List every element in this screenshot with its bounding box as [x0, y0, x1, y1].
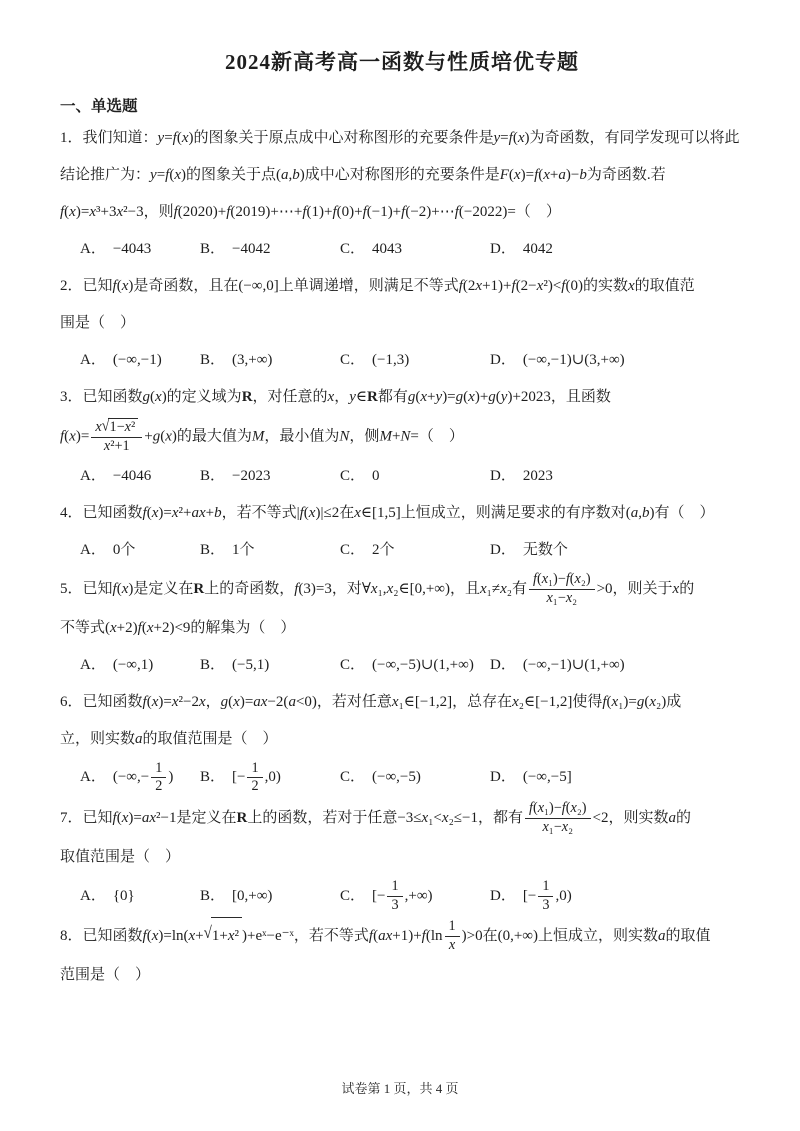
question-line: 取值范围是（ ）: [60, 839, 744, 876]
option-label: B．: [200, 352, 225, 368]
option-text: (−∞,−1)∪(1,+∞): [523, 657, 625, 673]
option-a: A．−4046: [80, 458, 200, 495]
fraction: 12: [247, 760, 262, 797]
option-label: B．: [200, 888, 225, 904]
question-line: 7．已知f(x)=ax²−1是定义在R上的函数，若对于任意−3≤x₁<x₂≤−1…: [60, 798, 744, 839]
question-list: 1．我们知道：y=f(x)的图象关于原点成中心对称图形的充要条件是y=f(x)为…: [60, 120, 744, 994]
option-b: B．−2023: [200, 458, 340, 495]
fraction-numerator: 1: [247, 760, 262, 779]
option-label: C．: [340, 657, 365, 673]
option-text: −4043: [113, 241, 151, 257]
option-b: B．(3,+∞): [200, 342, 340, 379]
option-text: {0}: [113, 888, 135, 904]
question: 4．已知函数f(x)=x²+ax+b，若不等式|f(x)|≤2在x∈[1,5]上…: [60, 495, 744, 569]
option-label: B．: [200, 769, 225, 785]
question-line: 8．已知函数f(x)=ln(x+√1+x²)+eˣ−e⁻ˣ，若不等式f(ax+1…: [60, 916, 744, 957]
exam-page: 2024新高考高一函数与性质培优专题 一、单选题 1．我们知道：y=f(x)的图…: [0, 0, 800, 994]
fraction: f(x₁)−f(x₂)x₁−x₂: [529, 571, 595, 608]
option-c: C．(−∞,−5)∪(1,+∞): [340, 647, 490, 684]
fraction-numerator: f(x₁)−f(x₂): [529, 571, 595, 590]
option-a: A．−4043: [80, 231, 200, 268]
question: 1．我们知道：y=f(x)的图象关于原点成中心对称图形的充要条件是y=f(x)为…: [60, 120, 744, 268]
question: 3．已知函数g(x)的定义域为R，对任意的x，y∈R都有g(x+y)=g(x)+…: [60, 379, 744, 495]
option-text: (−∞,−5]: [523, 769, 572, 785]
question-line: 2．已知f(x)是奇函数，且在(−∞,0]上单调递增，则满足不等式f(2x+1)…: [60, 268, 744, 305]
option-text: [−12,0): [232, 769, 281, 785]
option-text: (−∞,−5): [372, 769, 421, 785]
option-text: −4042: [232, 241, 270, 257]
option-c: C．(−∞,−5): [340, 759, 490, 796]
radical: √1−x²: [102, 418, 139, 437]
option-text: [−13,+∞): [372, 888, 433, 904]
options-row: A．(−∞,−1)B．(3,+∞)C．(−1,3)D．(−∞,−1)∪(3,+∞…: [60, 342, 744, 379]
question-line: 1．我们知道：y=f(x)的图象关于原点成中心对称图形的充要条件是y=f(x)为…: [60, 120, 744, 157]
option-text: [−13,0): [523, 888, 572, 904]
option-b: B．1个: [200, 532, 340, 569]
option-text: 0: [372, 468, 380, 484]
page-footer: 试卷第 1 页，共 4 页: [0, 1078, 800, 1097]
option-a: A．(−∞,−1): [80, 342, 200, 379]
option-text: (−∞,−12): [113, 769, 173, 785]
option-d: D．(−∞,−1)∪(3,+∞): [490, 342, 625, 379]
option-label: A．: [80, 542, 106, 558]
option-a: A．(−∞,−12): [80, 758, 200, 799]
option-text: (−5,1): [232, 657, 269, 673]
option-label: A．: [80, 888, 106, 904]
question-line: 范围是（ ）: [60, 957, 744, 994]
fraction-numerator: 1: [538, 878, 553, 897]
option-d: D．2023: [490, 458, 553, 495]
option-c: C．(−1,3): [340, 342, 490, 379]
fraction: f(x₁)−f(x₂)x₁−x₂: [525, 800, 591, 837]
question: 5．已知f(x)是定义在R上的奇函数，f(3)=3，对∀x₁,x₂∈[0,+∞)…: [60, 569, 744, 684]
radical-sign-icon: √: [102, 417, 110, 437]
fraction-denominator: x₁−x₂: [529, 590, 595, 608]
option-b: B．−4042: [200, 231, 340, 268]
radicand: 1+x²: [211, 917, 242, 955]
option-label: C．: [340, 888, 365, 904]
page-title: 2024新高考高一函数与性质培优专题: [60, 46, 744, 76]
option-text: (3,+∞): [232, 352, 272, 368]
option-text: 无数个: [523, 542, 568, 558]
option-label: B．: [200, 657, 225, 673]
fraction: 12: [151, 760, 166, 797]
option-d: D．(−∞,−1)∪(1,+∞): [490, 647, 625, 684]
question-line: f(x)=x√1−x²x²+1+g(x)的最大值为M，最小值为N，侧M+N=（ …: [60, 416, 744, 458]
section-header: 一、单选题: [60, 94, 744, 116]
option-label: B．: [200, 468, 225, 484]
option-text: (−∞,−5)∪(1,+∞): [372, 657, 474, 673]
option-d: D．4042: [490, 231, 553, 268]
fraction-denominator: 3: [538, 897, 553, 915]
options-row: A．−4046B．−2023C．0D．2023: [60, 458, 744, 495]
option-label: C．: [340, 241, 365, 257]
options-row: A．{0}B．[0,+∞)C．[−13,+∞)D．[−13,0): [60, 876, 744, 917]
option-c: C．4043: [340, 231, 490, 268]
question: 8．已知函数f(x)=ln(x+√1+x²)+eˣ−e⁻ˣ，若不等式f(ax+1…: [60, 916, 744, 994]
option-label: A．: [80, 352, 106, 368]
option-text: 2023: [523, 468, 553, 484]
fraction-numerator: x√1−x²: [91, 418, 142, 438]
option-text: −2023: [232, 468, 270, 484]
question-line: 3．已知函数g(x)的定义域为R，对任意的x，y∈R都有g(x+y)=g(x)+…: [60, 379, 744, 416]
option-a: A．(−∞,1): [80, 647, 200, 684]
option-a: A．{0}: [80, 878, 200, 915]
fraction: 13: [538, 878, 553, 915]
option-d: D．[−13,0): [490, 876, 572, 917]
option-text: [0,+∞): [232, 888, 272, 904]
option-label: C．: [340, 769, 365, 785]
option-text: −4046: [113, 468, 151, 484]
fraction-denominator: 2: [247, 778, 262, 796]
option-text: (−∞,−1): [113, 352, 162, 368]
option-text: 0个: [113, 542, 136, 558]
fraction-numerator: 1: [151, 760, 166, 779]
fraction-denominator: 2: [151, 778, 166, 796]
fraction: x√1−x²x²+1: [91, 418, 142, 456]
question: 6．已知函数f(x)=x²−2x，g(x)=ax−2(a<0)，若对任意x₁∈[…: [60, 684, 744, 799]
option-label: D．: [490, 657, 516, 673]
options-row: A．(−∞,−12)B．[−12,0)C．(−∞,−5)D．(−∞,−5]: [60, 758, 744, 799]
question-line: 立，则实数a的取值范围是（ ）: [60, 721, 744, 758]
option-b: B．[−12,0): [200, 758, 340, 799]
option-b: B．[0,+∞): [200, 878, 340, 915]
radicand: 1−x²: [108, 418, 138, 437]
option-text: 4043: [372, 241, 402, 257]
fraction-numerator: f(x₁)−f(x₂): [525, 800, 591, 819]
question: 7．已知f(x)=ax²−1是定义在R上的函数，若对于任意−3≤x₁<x₂≤−1…: [60, 798, 744, 916]
fraction-denominator: 3: [387, 897, 402, 915]
fraction: 1x: [445, 918, 460, 955]
fraction-denominator: x₁−x₂: [525, 819, 591, 837]
option-label: D．: [490, 352, 516, 368]
option-text: (−∞,−1)∪(3,+∞): [523, 352, 625, 368]
fraction-denominator: x²+1: [91, 438, 142, 456]
option-label: D．: [490, 241, 516, 257]
option-label: C．: [340, 352, 365, 368]
option-d: D．(−∞,−5]: [490, 759, 572, 796]
question-line: f(x)=x³+3x²−3，则f(2020)+f(2019)+⋯+f(1)+f(…: [60, 194, 744, 231]
option-text: 4042: [523, 241, 553, 257]
option-d: D．无数个: [490, 532, 568, 569]
option-a: A．0个: [80, 532, 200, 569]
fraction: 13: [387, 878, 402, 915]
option-text: (−∞,1): [113, 657, 153, 673]
radical: √1+x²: [204, 917, 242, 955]
question: 2．已知f(x)是奇函数，且在(−∞,0]上单调递增，则满足不等式f(2x+1)…: [60, 268, 744, 379]
option-label: A．: [80, 769, 106, 785]
option-c: C．2个: [340, 532, 490, 569]
fraction-denominator: x: [445, 937, 460, 955]
option-label: D．: [490, 888, 516, 904]
question-line: 不等式(x+2)f(x+2)<9的解集为（ ）: [60, 610, 744, 647]
option-label: C．: [340, 468, 365, 484]
option-text: 1个: [232, 542, 255, 558]
options-row: A．0个B．1个C．2个D．无数个: [60, 532, 744, 569]
option-c: C．0: [340, 458, 490, 495]
options-row: A．−4043B．−4042C．4043D．4042: [60, 231, 744, 268]
option-label: D．: [490, 468, 516, 484]
option-label: A．: [80, 657, 106, 673]
option-label: B．: [200, 542, 225, 558]
question-line: 5．已知f(x)是定义在R上的奇函数，f(3)=3，对∀x₁,x₂∈[0,+∞)…: [60, 569, 744, 610]
option-c: C．[−13,+∞): [340, 876, 490, 917]
option-label: B．: [200, 241, 225, 257]
fraction-numerator: 1: [387, 878, 402, 897]
question-line: 围是（ ）: [60, 305, 744, 342]
question-line: 4．已知函数f(x)=x²+ax+b，若不等式|f(x)|≤2在x∈[1,5]上…: [60, 495, 744, 532]
option-label: A．: [80, 241, 106, 257]
radical-sign-icon: √: [204, 914, 212, 955]
question-line: 结论推广为：y=f(x)的图象关于点(a,b)成中心对称图形的充要条件是F(x)…: [60, 157, 744, 194]
option-label: D．: [490, 769, 516, 785]
option-text: 2个: [372, 542, 395, 558]
option-label: D．: [490, 542, 516, 558]
option-label: C．: [340, 542, 365, 558]
option-text: (−1,3): [372, 352, 409, 368]
question-line: 6．已知函数f(x)=x²−2x，g(x)=ax−2(a<0)，若对任意x₁∈[…: [60, 684, 744, 721]
options-row: A．(−∞,1)B．(−5,1)C．(−∞,−5)∪(1,+∞)D．(−∞,−1…: [60, 647, 744, 684]
fraction-numerator: 1: [445, 918, 460, 937]
option-label: A．: [80, 468, 106, 484]
option-b: B．(−5,1): [200, 647, 340, 684]
